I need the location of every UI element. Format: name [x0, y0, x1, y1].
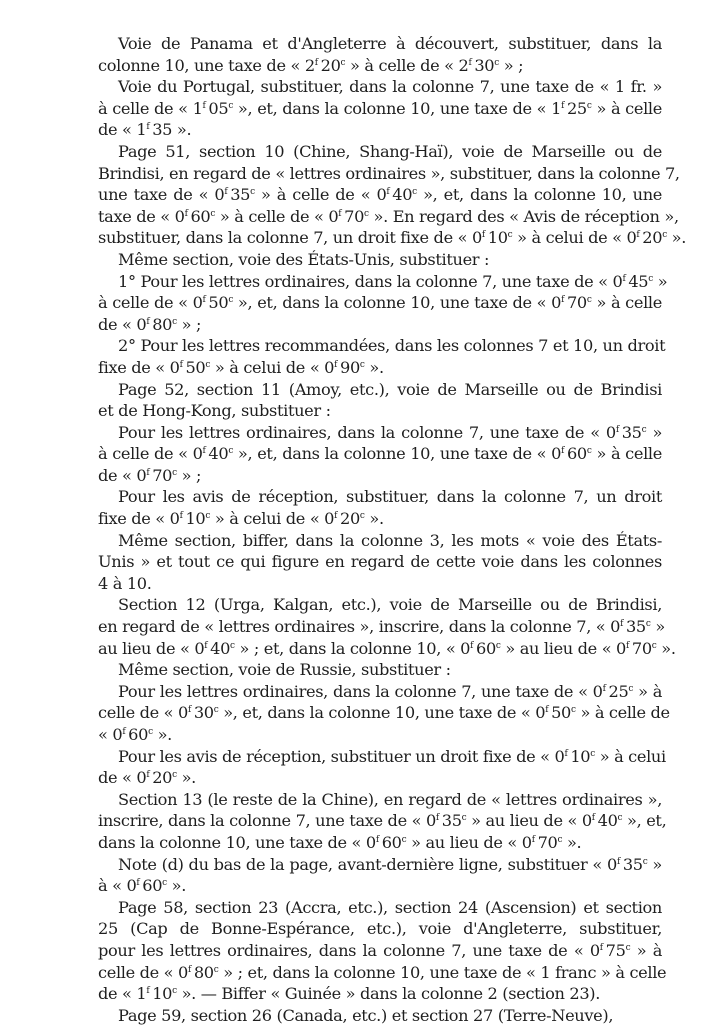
text-line: de « 0f 80c » ; [78, 314, 662, 336]
paragraph: Page 59, section 26 (Canada, etc.) et se… [78, 1005, 662, 1026]
text-line: de « 1f 35 ». [78, 119, 662, 141]
text-line: Page 59, section 26 (Canada, etc.) et se… [78, 1005, 662, 1026]
text-line: de « 0f 20c ». [78, 767, 662, 789]
text-line: celle de « 0f 30c », et, dans la colonne… [78, 702, 662, 724]
paragraph: Pour les avis de réception, substituer, … [78, 486, 662, 529]
text-line: au lieu de « 0f 40c » ; et, dans la colo… [78, 638, 662, 660]
text-line: Même section, biffer, dans la colonne 3,… [78, 530, 662, 552]
text-line: colonne 10, une taxe de « 2f 20c » à cel… [78, 55, 662, 77]
text-line: Section 13 (le reste de la Chine), en re… [78, 789, 662, 811]
text-line: Pour les avis de réception, substituer, … [78, 486, 662, 508]
text-line: fixe de « 0f 10c » à celui de « 0f 20c »… [78, 508, 662, 530]
paragraph: Voie de Panama et d'Angleterre à découve… [78, 33, 662, 76]
paragraph: Même section, biffer, dans la colonne 3,… [78, 530, 662, 595]
paragraph: Même section, voie de Russie, substituer… [78, 659, 662, 681]
text-line: pour les lettres ordinaires, dans la col… [78, 940, 662, 962]
text-line: et de Hong-Kong, substituer : [78, 400, 662, 422]
text-line: « 0f 60c ». [78, 724, 662, 746]
paragraph: Pour les lettres ordinaires, dans la col… [78, 422, 662, 487]
text-line: celle de « 0f 80c » ; et, dans la colonn… [78, 962, 662, 984]
text-line: une taxe de « 0f 35c » à celle de « 0f 4… [78, 184, 662, 206]
text-line: à celle de « 0f 50c », et, dans la colon… [78, 292, 662, 314]
text-line: de « 1f 10c ». — Biffer « Guinée » dans … [78, 983, 662, 1005]
text-line: dans la colonne 10, une taxe de « 0f 60c… [78, 832, 662, 854]
text-line: 25 (Cap de Bonne-Espérance, etc.), voie … [78, 918, 662, 940]
text-line: Pour les lettres ordinaires, dans la col… [78, 422, 662, 444]
text-line: Page 51, section 10 (Chine, Shang-Haï), … [78, 141, 662, 163]
text-line: inscrire, dans la colonne 7, une taxe de… [78, 810, 662, 832]
text-line: 2° Pour les lettres recommandées, dans l… [78, 335, 662, 357]
paragraph: Section 12 (Urga, Kalgan, etc.), voie de… [78, 594, 662, 659]
paragraph: Page 58, section 23 (Accra, etc.), secti… [78, 897, 662, 1005]
text-line: de « 0f 70c » ; [78, 465, 662, 487]
text-line: à celle de « 1f 05c », et, dans la colon… [78, 98, 662, 120]
text-line: Page 52, section 11 (Amoy, etc.), voie d… [78, 379, 662, 401]
paragraph: Section 13 (le reste de la Chine), en re… [78, 789, 662, 854]
paragraph: Pour les avis de réception, substituer u… [78, 746, 662, 789]
text-line: 1° Pour les lettres ordinaires, dans la … [78, 271, 662, 293]
paragraph: Page 51, section 10 (Chine, Shang-Haï), … [78, 141, 662, 249]
paragraph: Voie du Portugal, substituer, dans la co… [78, 76, 662, 141]
text-line: Brindisi, en regard de « lettres ordinai… [78, 163, 662, 185]
text-line: Pour les avis de réception, substituer u… [78, 746, 662, 768]
paragraph: Page 52, section 11 (Amoy, etc.), voie d… [78, 379, 662, 422]
document-page: Voie de Panama et d'Angleterre à découve… [78, 33, 662, 1026]
text-line: fixe de « 0f 50c » à celui de « 0f 90c »… [78, 357, 662, 379]
text-line: Voie du Portugal, substituer, dans la co… [78, 76, 662, 98]
text-line: Page 58, section 23 (Accra, etc.), secti… [78, 897, 662, 919]
text-line: taxe de « 0f 60c » à celle de « 0f 70c »… [78, 206, 662, 228]
text-line: Voie de Panama et d'Angleterre à découve… [78, 33, 662, 55]
paragraph: Pour les lettres ordinaires, dans la col… [78, 681, 662, 746]
paragraph: Même section, voie des États-Unis, subst… [78, 249, 662, 271]
text-line: Même section, voie des États-Unis, subst… [78, 249, 662, 271]
text-line: Pour les lettres ordinaires, dans la col… [78, 681, 662, 703]
text-line: à « 0f 60c ». [78, 875, 662, 897]
paragraph: 1° Pour les lettres ordinaires, dans la … [78, 271, 662, 336]
text-line: à celle de « 0f 40c », et, dans la colon… [78, 443, 662, 465]
text-line: Même section, voie de Russie, substituer… [78, 659, 662, 681]
text-line: 4 à 10. [78, 573, 662, 595]
paragraph: Note (d) du bas de la page, avant-derniè… [78, 854, 662, 897]
paragraph: 2° Pour les lettres recommandées, dans l… [78, 335, 662, 378]
text-line: substituer, dans la colonne 7, un droit … [78, 227, 662, 249]
text-line: Unis » et tout ce qui figure en regard d… [78, 551, 662, 573]
text-line: Section 12 (Urga, Kalgan, etc.), voie de… [78, 594, 662, 616]
text-line: Note (d) du bas de la page, avant-derniè… [78, 854, 662, 876]
text-line: en regard de « lettres ordinaires », ins… [78, 616, 662, 638]
